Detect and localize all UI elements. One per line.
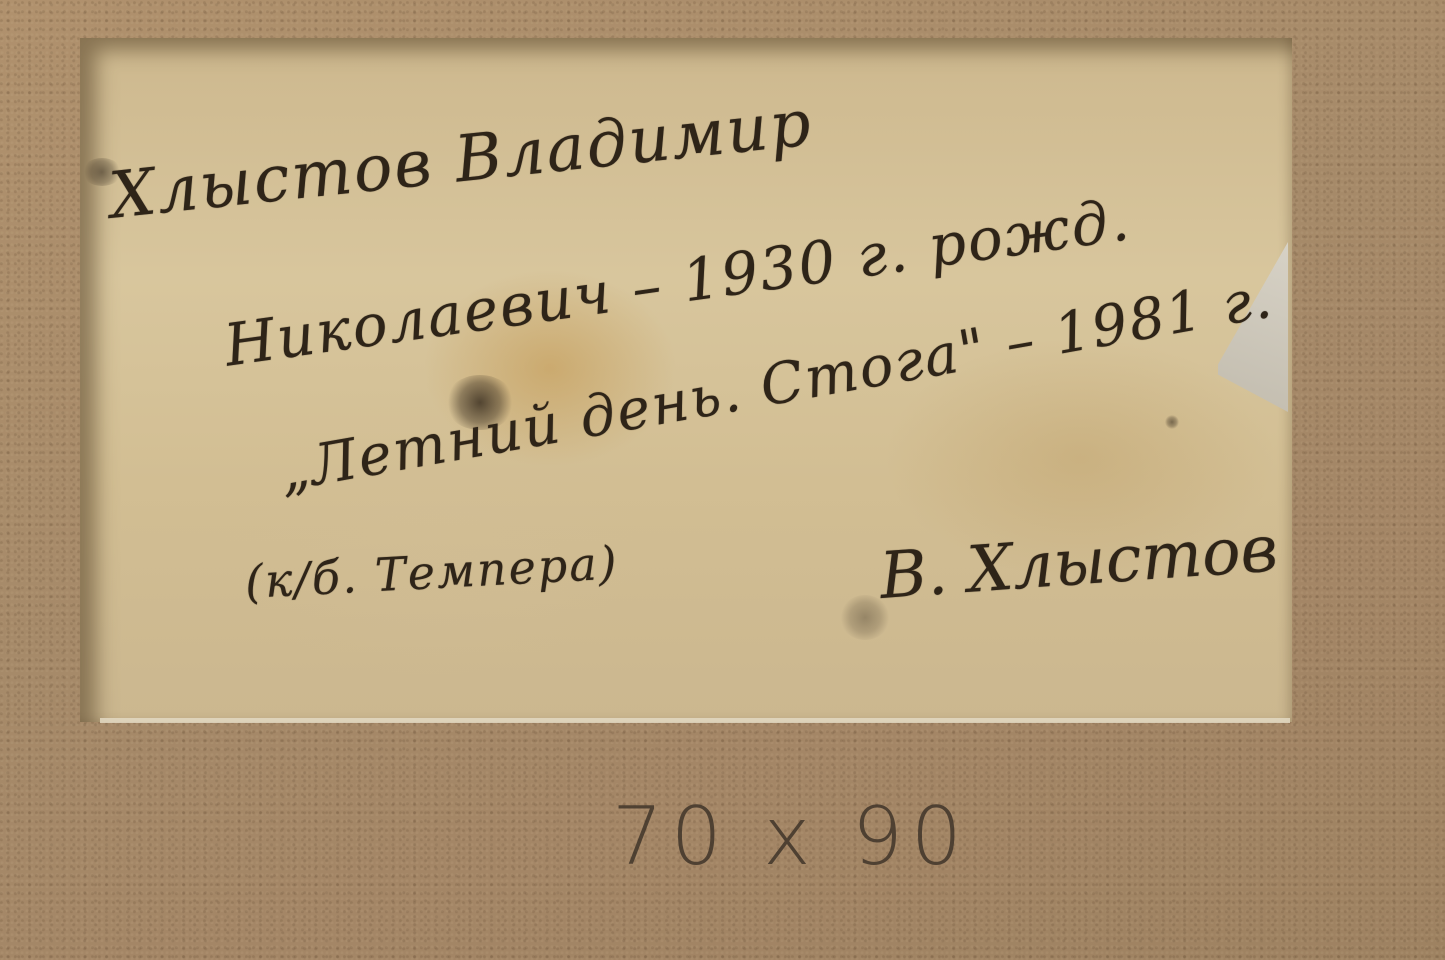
- ink-stain: [1165, 415, 1179, 429]
- window-edge: [100, 718, 1290, 723]
- dimensions-text: 70 x 90: [612, 790, 970, 883]
